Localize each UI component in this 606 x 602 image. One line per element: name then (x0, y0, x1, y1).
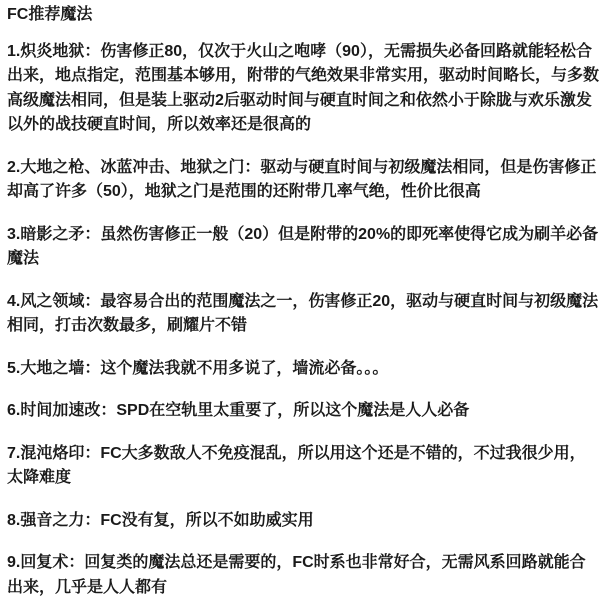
paragraph-5: 5.大地之墙：这个魔法我就不用多说了，墙流必备。。。 (7, 357, 599, 382)
paragraph-9: 9.回复术：回复类的魔法总还是需要的，FC时系也非常好合，无需风系回路就能合出来… (7, 551, 599, 600)
paragraph-6: 6.时间加速改：SPD在空轨里太重要了，所以这个魔法是人人必备 (7, 399, 599, 424)
document-body: FC推荐魔法 1.炽炎地狱：伤害修正80，仅次于火山之咆哮（90），无需损失必备… (0, 0, 606, 600)
paragraph-3: 3.暗影之矛：虽然伤害修正一般（20）但是附带的20%的即死率使得它成为刷羊必备… (7, 223, 599, 272)
paragraph-2: 2.大地之枪、冰蓝冲击、地狱之门：驱动与硬直时间与初级魔法相同，但是伤害修正却高… (7, 156, 599, 205)
paragraph-1: 1.炽炎地狱：伤害修正80，仅次于火山之咆哮（90），无需损失必备回路就能轻松合… (7, 40, 599, 138)
document-title: FC推荐魔法 (7, 3, 599, 28)
paragraph-4: 4.风之领域：最容易合出的范围魔法之一，伤害修正20，驱动与硬直时间与初级魔法相… (7, 290, 599, 339)
paragraph-8: 8.强音之力：FC没有复，所以不如助威实用 (7, 509, 599, 534)
paragraph-7: 7.混沌烙印：FC大多数敌人不免疫混乱，所以用这个还是不错的，不过我很少用，太降… (7, 442, 599, 491)
